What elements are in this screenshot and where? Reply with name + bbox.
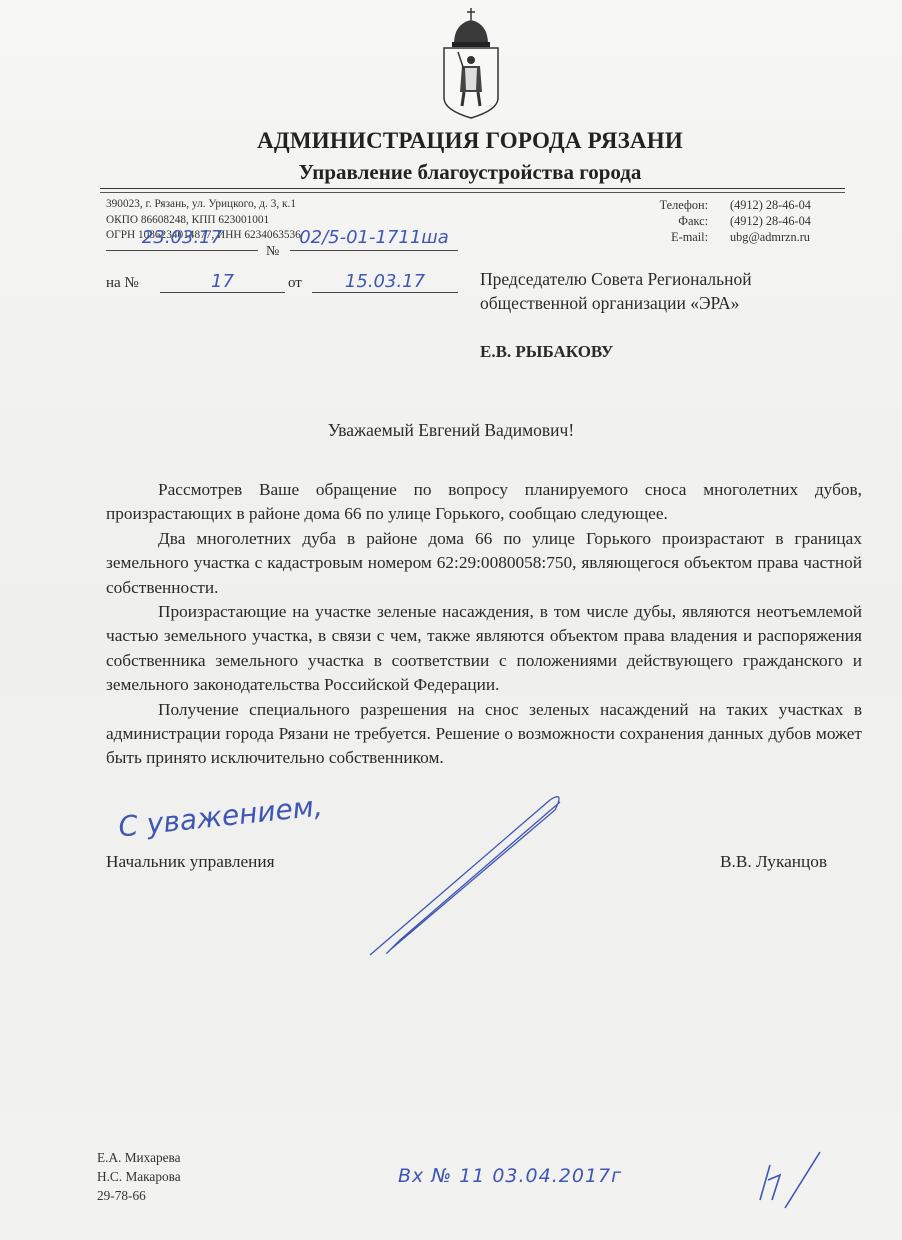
initials-icon — [750, 1150, 830, 1210]
contact-value: (4912) 28-46-04 — [730, 213, 811, 229]
reply-to-label: на № — [106, 275, 139, 292]
contact-phone: Телефон: (4912) 28-46-04 — [640, 197, 811, 213]
addressee-line: Председателю Совета Региональной — [480, 267, 752, 291]
header-divider-thin — [100, 192, 845, 193]
body-paragraph: Рассмотрев Ваше обращение по вопросу пла… — [106, 478, 862, 527]
outgoing-date: 23.03.17 — [106, 228, 258, 251]
greeting: Уважаемый Евгений Вадимович! — [0, 420, 902, 441]
executors-block: Е.А. Михарева Н.С. Макарова 29-78-66 — [97, 1148, 181, 1205]
executor-phone: 29-78-66 — [97, 1186, 181, 1205]
signer-position: Начальник управления — [106, 852, 275, 872]
body-paragraph: Два многолетних дуба в районе дома 66 по… — [106, 527, 862, 600]
contact-label: Факс: — [640, 213, 730, 229]
signer-name: В.В. Луканцов — [720, 852, 827, 872]
executor-name: Н.С. Макарова — [97, 1167, 181, 1186]
organization-title: АДМИНИСТРАЦИЯ ГОРОДА РЯЗАНИ — [0, 128, 902, 154]
contact-email: E-mail: ubg@admrzn.ru — [640, 229, 811, 245]
okpo-line: ОКПО 86608248, КПП 623001001 — [106, 213, 301, 229]
contacts-block: Телефон: (4912) 28-46-04 Факс: (4912) 28… — [640, 197, 811, 245]
addressee-line: общественной организации «ЭРА» — [480, 291, 752, 315]
contact-label: E-mail: — [640, 229, 730, 245]
incoming-registration-stamp: Вх № 11 03.04.2017г — [398, 1165, 622, 1187]
body-paragraph: Произрастающие на участке зеленые насажд… — [106, 600, 862, 698]
outgoing-number: 02/5-01-1711ша — [290, 228, 458, 251]
address-line: 390023, г. Рязань, ул. Урицкого, д. 3, к… — [106, 197, 301, 213]
contact-fax: Факс: (4912) 28-46-04 — [640, 213, 811, 229]
contact-label: Телефон: — [640, 197, 730, 213]
body-paragraph: Получение специального разрешения на сно… — [106, 698, 862, 771]
header-divider — [100, 188, 845, 189]
contact-value: ubg@admrzn.ru — [730, 229, 810, 245]
from-label: от — [288, 275, 302, 292]
handwritten-closing: С уважением, — [117, 789, 324, 843]
executor-name: Е.А. Михарева — [97, 1148, 181, 1167]
reply-to-number: 17 — [160, 272, 285, 293]
addressee-block: Председателю Совета Региональной обществ… — [480, 267, 752, 315]
addressee-name: Е.В. РЫБАКОВУ — [480, 342, 613, 362]
letter-body: Рассмотрев Ваше обращение по вопросу пла… — [106, 478, 862, 771]
number-label: № — [266, 244, 279, 260]
letter-page: АДМИНИСТРАЦИЯ ГОРОДА РЯЗАНИ Управление б… — [0, 0, 902, 1240]
reply-to-date: 15.03.17 — [312, 272, 458, 293]
signature-icon — [330, 790, 590, 960]
ryazan-coat-of-arms-icon — [440, 6, 502, 120]
department-title: Управление благоустройства города — [0, 160, 902, 185]
contact-value: (4912) 28-46-04 — [730, 197, 811, 213]
